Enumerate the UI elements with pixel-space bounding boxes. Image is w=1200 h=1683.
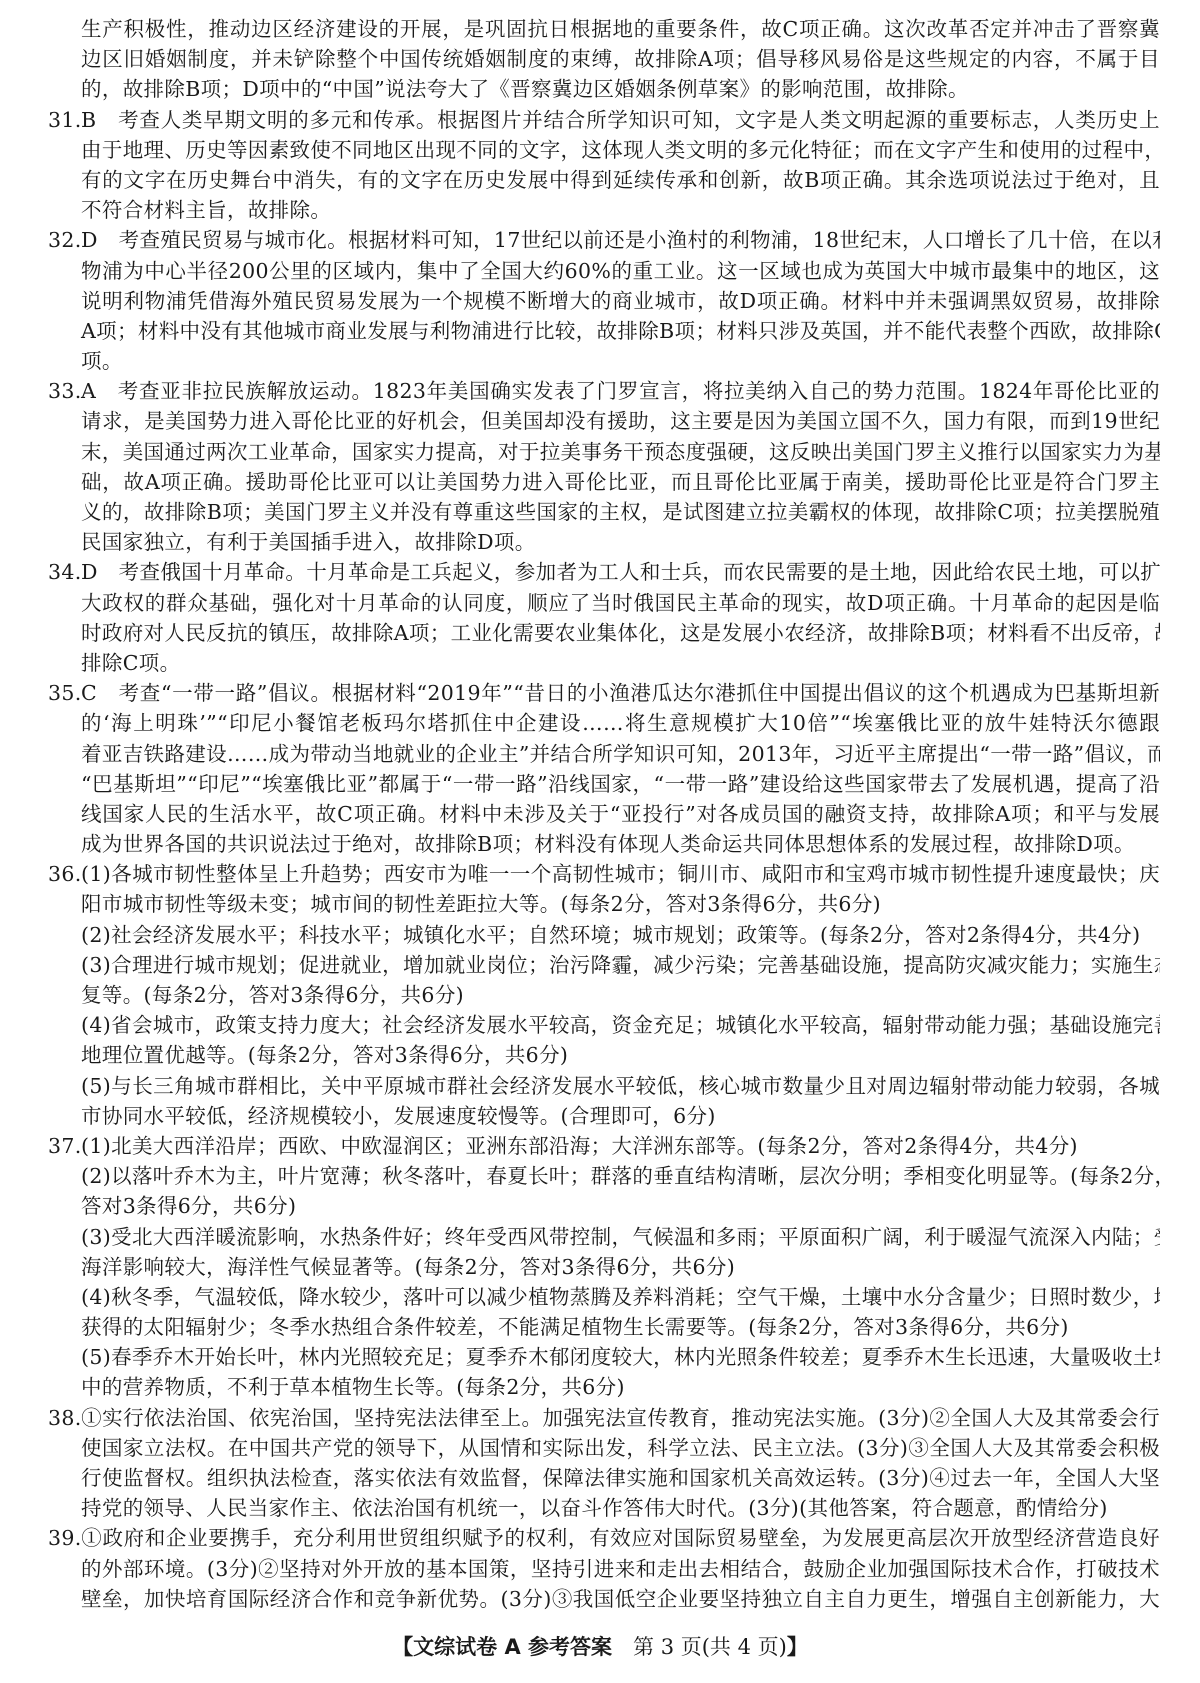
answer-text-line: (5)与长三角城市群相比，关中平原城市群社会经济发展水平较低，核心城市数量少且对… (48, 1071, 1160, 1101)
answer-text-line: 由于地理、历史等因素致使不同地区出现不同的文字，这体现人类文明的多元化特征；而在… (48, 135, 1160, 165)
answer-text-line: 成为世界各国的共识说法过于绝对，故排除B项；材料没有体现人类命运共同体思想体系的… (48, 829, 1160, 859)
answer-text: (5)与长三角城市群相比，关中平原城市群社会经济发展水平较低，核心城市数量少且对… (81, 1074, 1160, 1098)
answer-text: “巴基斯坦”“印尼”“埃塞俄比亚”都属于“一带一路”沿线国家，“一带一路”建设给… (81, 772, 1160, 796)
answer-text-line: (3)合理进行城市规划；促进就业，增加就业岗位；治污降霾，减少污染；完善基础设施… (48, 950, 1160, 980)
answer-text-line: 壁垒，加快培育国际经济合作和竞争新优势。(3分)③我国低空企业要坚持独立自主自力… (48, 1584, 1160, 1614)
answer-text: 物浦为中心半径200公里的区域内，集中了全国大约60%的重工业。这一区域也成为英… (81, 259, 1160, 283)
answer-text: (3)合理进行城市规划；促进就业，增加就业岗位；治污降霾，减少污染；完善基础设施… (81, 953, 1160, 977)
answer-text: 不符合材料主旨，故排除。 (81, 198, 331, 222)
answer-text: 着亚吉铁路建设……成为带动当地就业的企业主”并结合所学知识可知，2013年，习近… (81, 742, 1160, 766)
answer-text-line: (2)以落叶乔木为主，叶片宽薄；秋冬落叶，春夏长叶；群落的垂直结构清晰，层次分明… (48, 1161, 1160, 1191)
answer-text: 请求，是美国势力进入哥伦比亚的好机会，但美国却没有援助，这主要是因为美国立国不久… (81, 409, 1160, 433)
question-answer-start-line: 36.(1)各城市韧性整体呈上升趋势；西安市为唯一一个高韧性城市；铜川市、咸阳市… (48, 859, 1160, 889)
answer-text-line: 排除C项。 (48, 648, 1160, 678)
answer-text: 的外部环境。(3分)②坚持对外开放的基本国策，坚持引进来和走出去相结合，鼓励企业… (81, 1557, 1160, 1581)
answer-text-line: 础，故A项正确。援助哥伦比亚可以让美国势力进入哥伦比亚，而且哥伦比亚属于南美，援… (48, 467, 1160, 497)
answer-text: (4)省会城市，政策支持力度大；社会经济发展水平较高，资金充足；城镇化水平较高，… (81, 1013, 1160, 1037)
answer-text-line: 末，美国通过两次工业革命，国家实力提高，对于拉美事务干预态度强硬，这反映出美国门… (48, 437, 1160, 467)
answer-text-line: 项。 (48, 346, 1160, 376)
footer-page-info: 第 3 页(共 4 页) (612, 1635, 787, 1659)
answer-text-line: 的外部环境。(3分)②坚持对外开放的基本国策，坚持引进来和走出去相结合，鼓励企业… (48, 1554, 1160, 1584)
answer-text-line: 生产积极性，推动边区经济建设的开展，是巩固抗日根据地的重要条件，故C项正确。这次… (48, 14, 1160, 44)
answer-text: 边区旧婚姻制度，并未铲除整个中国传统婚姻制度的束缚，故排除A项；倡导移风易俗是这… (81, 47, 1160, 71)
answer-text: (1)北美大西洋沿岸；西欧、中欧湿润区；亚洲东部沿海；大洋洲东部等。(每条2分，… (81, 1134, 1078, 1158)
question-number: 35. (48, 678, 81, 708)
answer-text: (5)春季乔木开始长叶，林内光照较充足；夏季乔木郁闭度较大，林内光照条件较差；夏… (81, 1345, 1160, 1369)
question-number: 32. (48, 225, 81, 255)
answer-text: (1)各城市韧性整体呈上升趋势；西安市为唯一一个高韧性城市；铜川市、咸阳市和宝鸡… (81, 862, 1160, 886)
answer-text-line: 说明利物浦凭借海外殖民贸易发展为一个规模不断增大的商业城市，故D项正确。材料中并… (48, 286, 1160, 316)
answer-text: 使国家立法权。在中国共产党的领导下，从国情和实际出发，科学立法、民主立法。(3分… (81, 1436, 1160, 1460)
question-number: 31. (48, 105, 81, 135)
answer-text-line: 有的文字在历史舞台中消失，有的文字在历史发展中得到延续传承和创新，故B项正确。其… (48, 165, 1160, 195)
answer-text-line: 线国家人民的生活水平，故C项正确。材料中未涉及关于“亚投行”对各成员国的融资支持… (48, 799, 1160, 829)
answer-text: 线国家人民的生活水平，故C项正确。材料中未涉及关于“亚投行”对各成员国的融资支持… (81, 802, 1160, 826)
answer-text: 有的文字在历史舞台中消失，有的文字在历史发展中得到延续传承和创新，故B项正确。其… (81, 168, 1160, 192)
answer-text: (4)秋冬季，气温较低，降水较少，落叶可以减少植物蒸腾及养料消耗；空气干燥，土壤… (81, 1285, 1160, 1309)
question-number: 36. (48, 859, 81, 889)
answer-text-line: 不符合材料主旨，故排除。 (48, 195, 1160, 225)
answer-text: 海洋影响较大，海洋性气候显著等。(每条2分，答对3条得6分，共6分) (81, 1255, 735, 1279)
answer-text: 础，故A项正确。援助哥伦比亚可以让美国势力进入哥伦比亚，而且哥伦比亚属于南美，援… (81, 470, 1160, 494)
answer-text-line: “巴基斯坦”“印尼”“埃塞俄比亚”都属于“一带一路”沿线国家，“一带一路”建设给… (48, 769, 1160, 799)
answer-text-line: (3)受北大西洋暖流影响，水热条件好；终年受西风带控制，气候温和多雨；平原面积广… (48, 1222, 1160, 1252)
answer-text: D 考查殖民贸易与城市化。根据材料可知，17世纪以前还是小渔村的利物浦，18世纪… (81, 228, 1160, 252)
question-number: 38. (48, 1403, 81, 1433)
answer-text: A项；材料中没有其他城市商业发展与利物浦进行比较，故排除B项；材料只涉及英国，并… (81, 319, 1160, 343)
answer-text-line: 着亚吉铁路建设……成为带动当地就业的企业主”并结合所学知识可知，2013年，习近… (48, 739, 1160, 769)
answer-text-line: 大政权的群众基础，强化对十月革命的认同度，顺应了当时俄国民主革命的现实，故D项正… (48, 588, 1160, 618)
answer-text: 成为世界各国的共识说法过于绝对，故排除B项；材料没有体现人类命运共同体思想体系的… (81, 832, 1135, 856)
answer-text-line: 的，故排除B项；D项中的“中国”说法夸大了《晋察冀边区婚姻条例草案》的影响范围，… (48, 74, 1160, 104)
answer-text-line: 的‘海上明珠’”“印尼小餐馆老板玛尔塔抓住中企建设……将生意规模扩大10倍”“埃… (48, 708, 1160, 738)
answer-text: A 考查亚非拉民族解放运动。1823年美国确实发表了门罗宣言，将拉美纳入自己的势… (81, 379, 1160, 403)
answer-text: ①实行依法治国、依宪治国，坚持宪法法律至上。加强宪法宣传教育，推动宪法实施。(3… (81, 1406, 1160, 1430)
answer-text-line: 答对3条得6分，共6分) (48, 1191, 1160, 1221)
answer-text-line: 请求，是美国势力进入哥伦比亚的好机会，但美国却没有援助，这主要是因为美国立国不久… (48, 406, 1160, 436)
answer-text: 答对3条得6分，共6分) (81, 1194, 296, 1218)
answer-text-line: 市协同水平较低，经济规模较小，发展速度较慢等。(合理即可，6分) (48, 1101, 1160, 1131)
answer-text: 阳市城市韧性等级未变；城市间的韧性差距拉大等。(每条2分，答对3条得6分，共6分… (81, 892, 881, 916)
answer-text: 地理位置优越等。(每条2分，答对3条得6分，共6分) (81, 1043, 568, 1067)
answer-text: (2)以落叶乔木为主，叶片宽薄；秋冬落叶，春夏长叶；群落的垂直结构清晰，层次分明… (81, 1164, 1160, 1188)
answer-text: 获得的太阳辐射少；冬季水热组合条件较差，不能满足植物生长需要等。(每条2分，答对… (81, 1315, 1069, 1339)
answer-text: 壁垒，加快培育国际经济合作和竞争新优势。(3分)③我国低空企业要坚持独立自主自力… (81, 1587, 1160, 1611)
answer-text-line: 海洋影响较大，海洋性气候显著等。(每条2分，答对3条得6分，共6分) (48, 1252, 1160, 1282)
answer-text: D 考查俄国十月革命。十月革命是工兵起义，参加者为工人和士兵，而农民需要的是土地… (81, 560, 1160, 584)
answer-text: 民国家独立，有利于美国插手进入，故排除D项。 (81, 530, 536, 554)
question-number: 37. (48, 1131, 81, 1161)
answer-text-line: 地理位置优越等。(每条2分，答对3条得6分，共6分) (48, 1040, 1160, 1070)
answer-text-line: 使国家立法权。在中国共产党的领导下，从国情和实际出发，科学立法、民主立法。(3分… (48, 1433, 1160, 1463)
question-answer-start-line: 38.①实行依法治国、依宪治国，坚持宪法法律至上。加强宪法宣传教育，推动宪法实施… (48, 1403, 1160, 1433)
answer-text: B 考查人类早期文明的多元和传承。根据图片并结合所学知识可知，文字是人类文明起源… (81, 108, 1160, 132)
question-answer-start-line: 35.C 考查“一带一路”倡议。根据材料“2019年”“昔日的小渔港瓜达尔港抓住… (48, 678, 1160, 708)
answer-text-line: 复等。(每条2分，答对3条得6分，共6分) (48, 980, 1160, 1010)
answer-text-line: (4)秋冬季，气温较低，降水较少，落叶可以减少植物蒸腾及养料消耗；空气干燥，土壤… (48, 1282, 1160, 1312)
answer-text: ①政府和企业要携手，充分利用世贸组织赋予的权利，有效应对国际贸易壁垒，为发展更高… (81, 1526, 1160, 1550)
answer-text-line: 义的，故排除B项；美国门罗主义并没有尊重这些国家的主权，是试图建立拉美霸权的体现… (48, 497, 1160, 527)
answer-text: 由于地理、历史等因素致使不同地区出现不同的文字，这体现人类文明的多元化特征；而在… (81, 138, 1160, 162)
footer-title: 文综试卷 A 参考答案 (413, 1635, 612, 1659)
footer-close-bracket: 】 (787, 1635, 808, 1659)
answer-text: 时政府对人民反抗的镇压，故排除A项；工业化需要农业集体化，这是发展小农经济，故排… (81, 621, 1160, 645)
answer-text-line: 持党的领导、人民当家作主、依法治国有机统一，以奋斗作答伟大时代。(3分)(其他答… (48, 1493, 1160, 1523)
question-answer-start-line: 31.B 考查人类早期文明的多元和传承。根据图片并结合所学知识可知，文字是人类文… (48, 105, 1160, 135)
question-number: 39. (48, 1523, 81, 1553)
answer-text-line: 获得的太阳辐射少；冬季水热组合条件较差，不能满足植物生长需要等。(每条2分，答对… (48, 1312, 1160, 1342)
answer-text: (3)受北大西洋暖流影响，水热条件好；终年受西风带控制，气候温和多雨；平原面积广… (81, 1225, 1160, 1249)
answer-text: 的，故排除B项；D项中的“中国”说法夸大了《晋察冀边区婚姻条例草案》的影响范围，… (81, 77, 969, 101)
question-number: 34. (48, 557, 81, 587)
question-answer-start-line: 32.D 考查殖民贸易与城市化。根据材料可知，17世纪以前还是小渔村的利物浦，1… (48, 225, 1160, 255)
answer-text: 义的，故排除B项；美国门罗主义并没有尊重这些国家的主权，是试图建立拉美霸权的体现… (81, 500, 1160, 524)
answer-text: C 考查“一带一路”倡议。根据材料“2019年”“昔日的小渔港瓜达尔港抓住中国提… (81, 681, 1160, 705)
answer-text-line: (4)省会城市，政策支持力度大；社会经济发展水平较高，资金充足；城镇化水平较高，… (48, 1010, 1160, 1040)
answer-text-line: (2)社会经济发展水平；科技水平；城镇化水平；自然环境；城市规划；政策等。(每条… (48, 920, 1160, 950)
answer-text-line: 民国家独立，有利于美国插手进入，故排除D项。 (48, 527, 1160, 557)
answer-text-line: A项；材料中没有其他城市商业发展与利物浦进行比较，故排除B项；材料只涉及英国，并… (48, 316, 1160, 346)
answer-text: 说明利物浦凭借海外殖民贸易发展为一个规模不断增大的商业城市，故D项正确。材料中并… (81, 289, 1160, 313)
answer-text-line: (5)春季乔木开始长叶，林内光照较充足；夏季乔木郁闭度较大，林内光照条件较差；夏… (48, 1342, 1160, 1372)
answer-text: 项。 (81, 349, 123, 373)
answer-text: 市协同水平较低，经济规模较小，发展速度较慢等。(合理即可，6分) (81, 1104, 716, 1128)
answer-text-line: 物浦为中心半径200公里的区域内，集中了全国大约60%的重工业。这一区域也成为英… (48, 256, 1160, 286)
page-footer: 【文综试卷 A 参考答案 第 3 页(共 4 页)】 (0, 1632, 1200, 1662)
answer-text: 行使监督权。组织执法检查，落实依法有效监督，保障法律实施和国家机关高效运转。(3… (81, 1466, 1160, 1490)
answer-text: 生产积极性，推动边区经济建设的开展，是巩固抗日根据地的重要条件，故C项正确。这次… (81, 17, 1160, 41)
answer-key-page: 生产积极性，推动边区经济建设的开展，是巩固抗日根据地的重要条件，故C项正确。这次… (0, 0, 1200, 1683)
answer-text: 大政权的群众基础，强化对十月革命的认同度，顺应了当时俄国民主革命的现实，故D项正… (81, 591, 1160, 615)
question-answer-start-line: 33.A 考查亚非拉民族解放运动。1823年美国确实发表了门罗宣言，将拉美纳入自… (48, 376, 1160, 406)
answer-text-line: 行使监督权。组织执法检查，落实依法有效监督，保障法律实施和国家机关高效运转。(3… (48, 1463, 1160, 1493)
answer-text-line: 边区旧婚姻制度，并未铲除整个中国传统婚姻制度的束缚，故排除A项；倡导移风易俗是这… (48, 44, 1160, 74)
answer-text-line: 阳市城市韧性等级未变；城市间的韧性差距拉大等。(每条2分，答对3条得6分，共6分… (48, 889, 1160, 919)
answer-text-line: 中的营养物质，不利于草本植物生长等。(每条2分，共6分) (48, 1372, 1160, 1402)
answer-content: 生产积极性，推动边区经济建设的开展，是巩固抗日根据地的重要条件，故C项正确。这次… (48, 14, 1160, 1614)
answer-text: (2)社会经济发展水平；科技水平；城镇化水平；自然环境；城市规划；政策等。(每条… (81, 923, 1140, 947)
answer-text: 的‘海上明珠’”“印尼小餐馆老板玛尔塔抓住中企建设……将生意规模扩大10倍”“埃… (81, 711, 1160, 735)
question-answer-start-line: 37.(1)北美大西洋沿岸；西欧、中欧湿润区；亚洲东部沿海；大洋洲东部等。(每条… (48, 1131, 1160, 1161)
footer-open-bracket: 【 (392, 1635, 413, 1659)
answer-text: 持党的领导、人民当家作主、依法治国有机统一，以奋斗作答伟大时代。(3分)(其他答… (81, 1496, 1108, 1520)
answer-text: 末，美国通过两次工业革命，国家实力提高，对于拉美事务干预态度强硬，这反映出美国门… (81, 440, 1160, 464)
question-answer-start-line: 39.①政府和企业要携手，充分利用世贸组织赋予的权利，有效应对国际贸易壁垒，为发… (48, 1523, 1160, 1553)
answer-text: 排除C项。 (81, 651, 180, 675)
answer-text: 复等。(每条2分，答对3条得6分，共6分) (81, 983, 464, 1007)
answer-text: 中的营养物质，不利于草本植物生长等。(每条2分，共6分) (81, 1375, 625, 1399)
answer-text-line: 时政府对人民反抗的镇压，故排除A项；工业化需要农业集体化，这是发展小农经济，故排… (48, 618, 1160, 648)
question-answer-start-line: 34.D 考查俄国十月革命。十月革命是工兵起义，参加者为工人和士兵，而农民需要的… (48, 557, 1160, 587)
question-number: 33. (48, 376, 81, 406)
